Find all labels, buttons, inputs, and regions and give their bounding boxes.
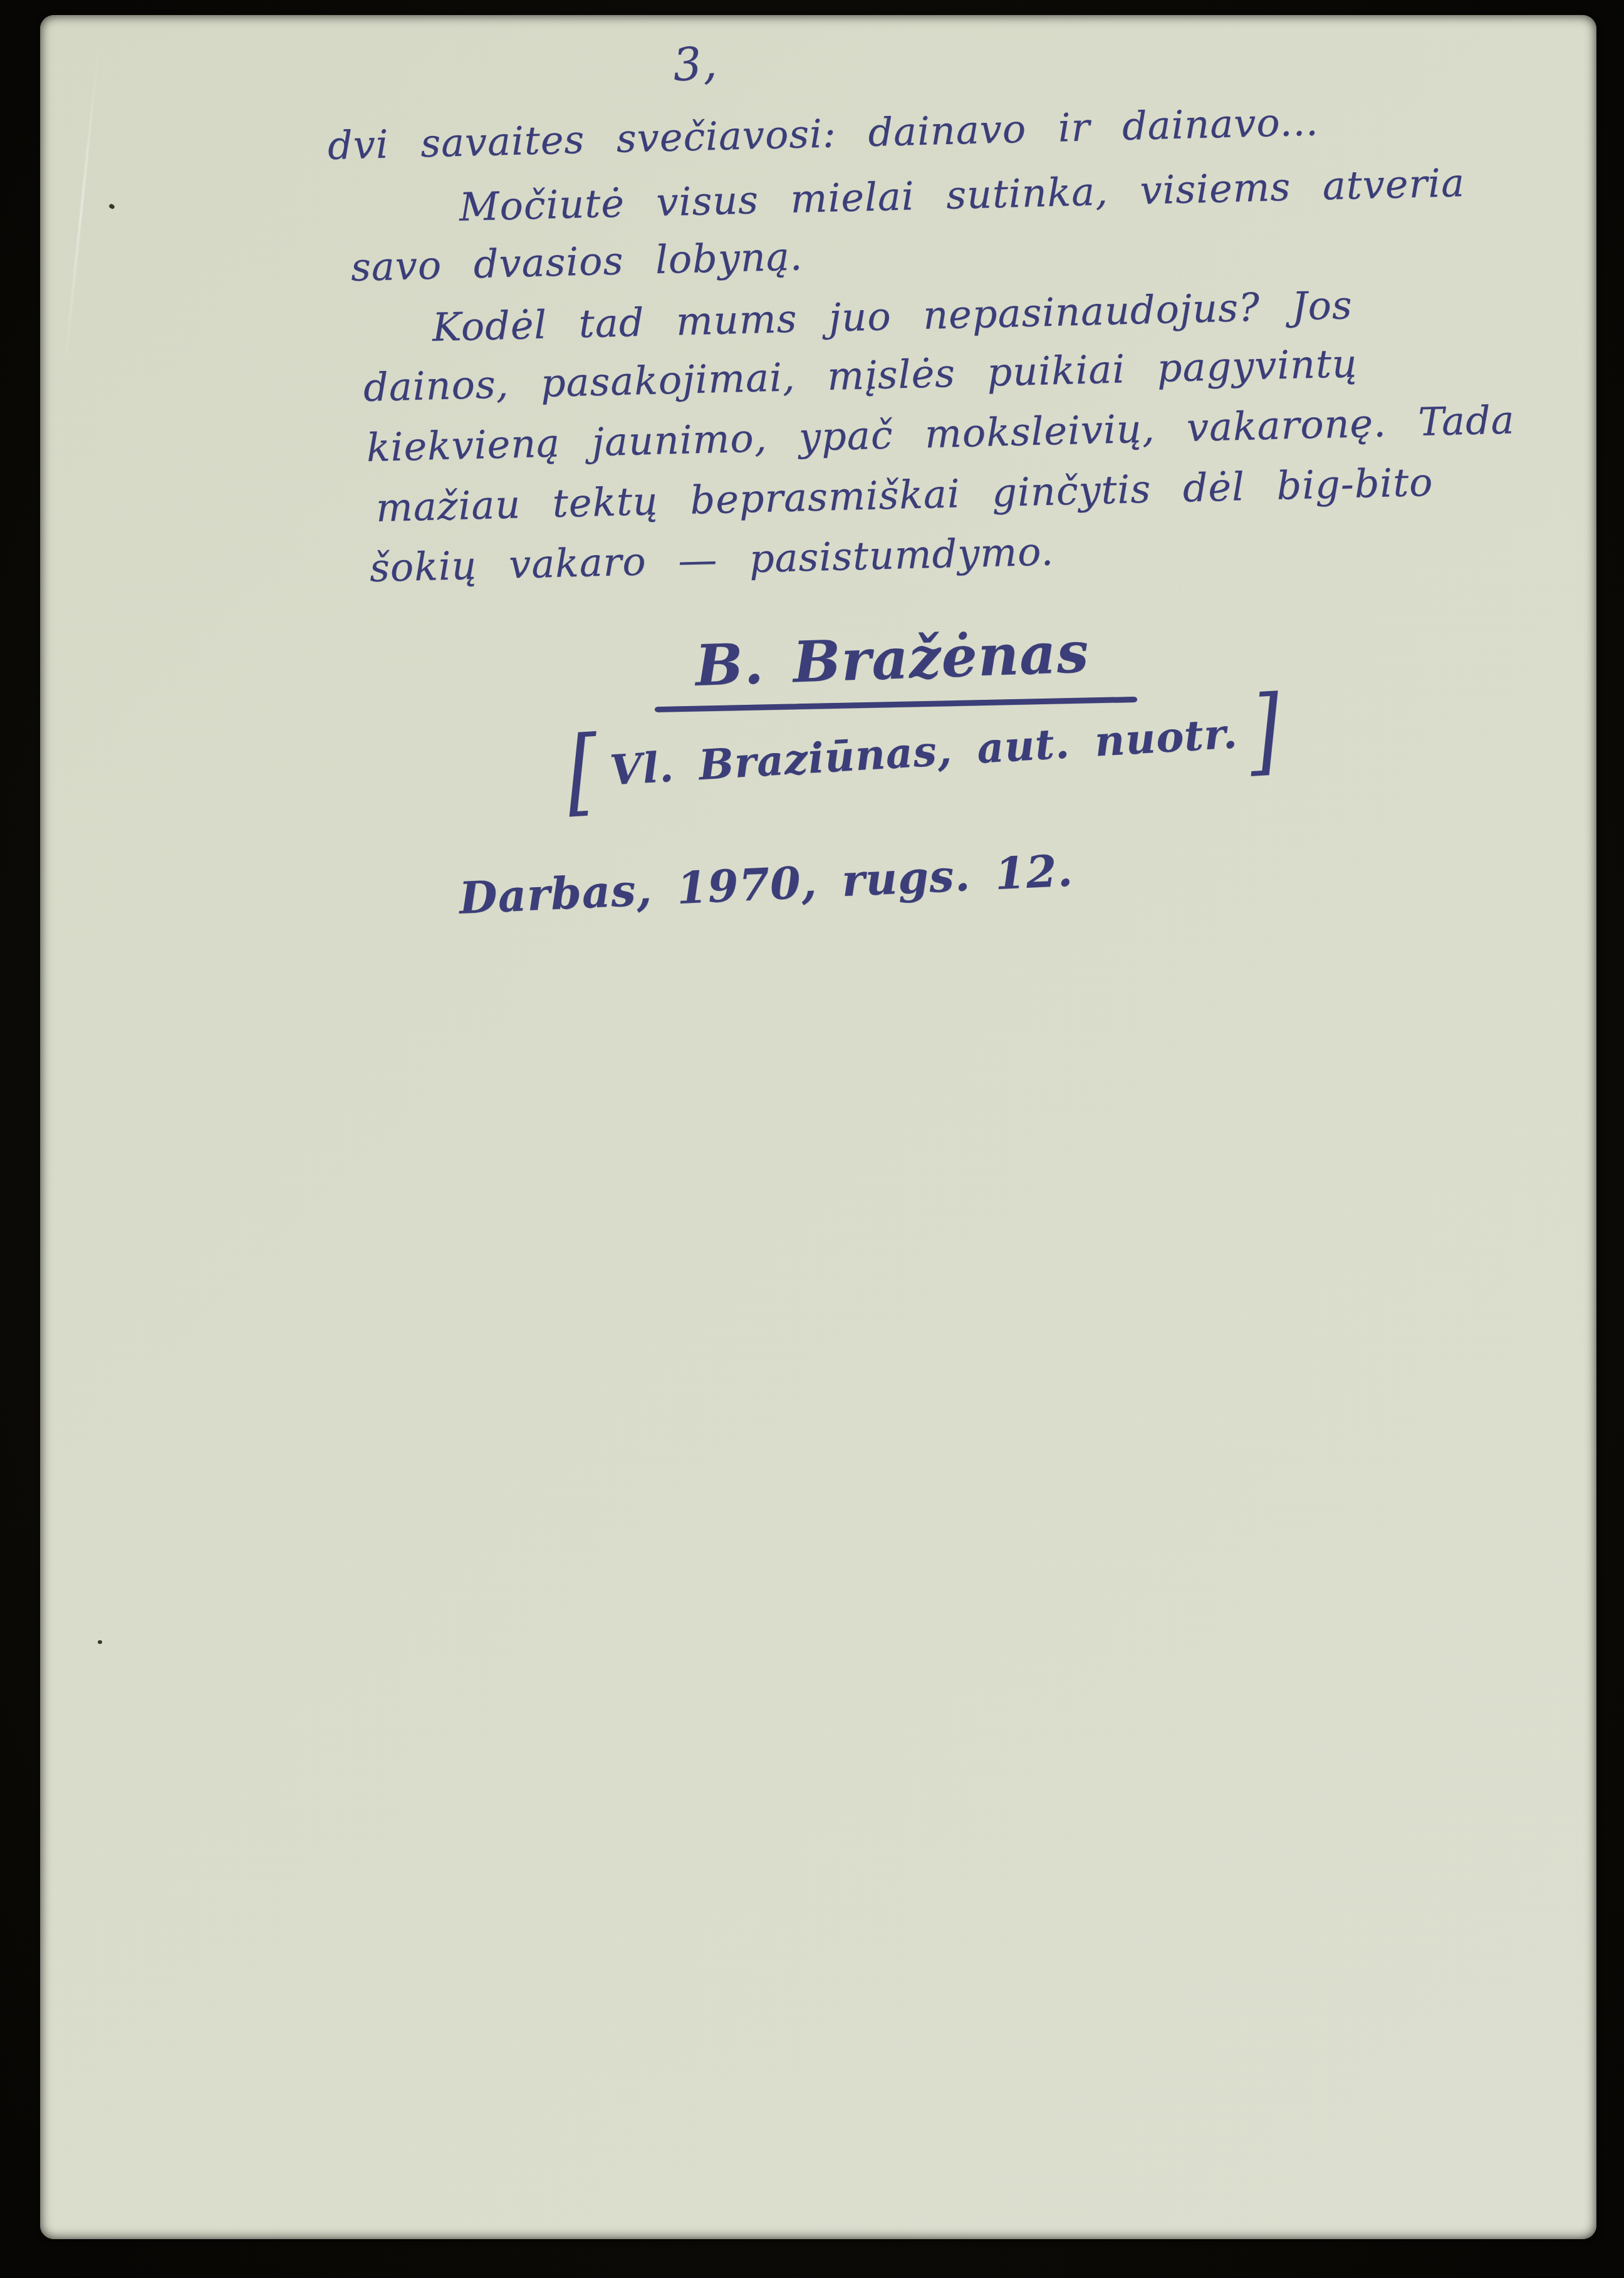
paper-speck [108,203,115,210]
handwritten-line-2: Močiutė visus mielai sutinka, visiems at… [459,160,1465,230]
open-bracket: [ [564,729,601,815]
handwritten-line-4: Kodėl tad mums juo nepasinaudojus? Jos [432,282,1353,350]
signature: B. Bražėnas [694,619,1090,699]
paper-crease [64,45,100,369]
paper-speck [98,1640,102,1644]
handwritten-line-7: mažiau tektų beprasmiškai ginčytis dėl b… [375,459,1434,531]
handwritten-line-3: savo dvasios lobyną. [350,233,803,290]
attribution-text: Vl. Braziūnas, aut. nuotr. [608,709,1239,794]
handwritten-line-5: dainos, pasakojimai, mįslės puikiai pagy… [363,340,1358,410]
handwritten-line-1: dvi savaites svečiavosi: dainavo ir dain… [327,98,1319,169]
handwritten-line-6: kiekvieną jaunimo, ypač moksleivių, vaka… [366,397,1515,471]
manuscript-page: 3, dvi savaites svečiavosi: dainavo ir d… [40,15,1596,2239]
page-number: 3, [671,36,719,91]
dateline: Darbas, 1970, rugs. 12. [458,845,1074,924]
close-bracket: ] [1246,688,1283,774]
handwritten-line-8: šokių vakaro — pasistumdymo. [369,528,1054,591]
